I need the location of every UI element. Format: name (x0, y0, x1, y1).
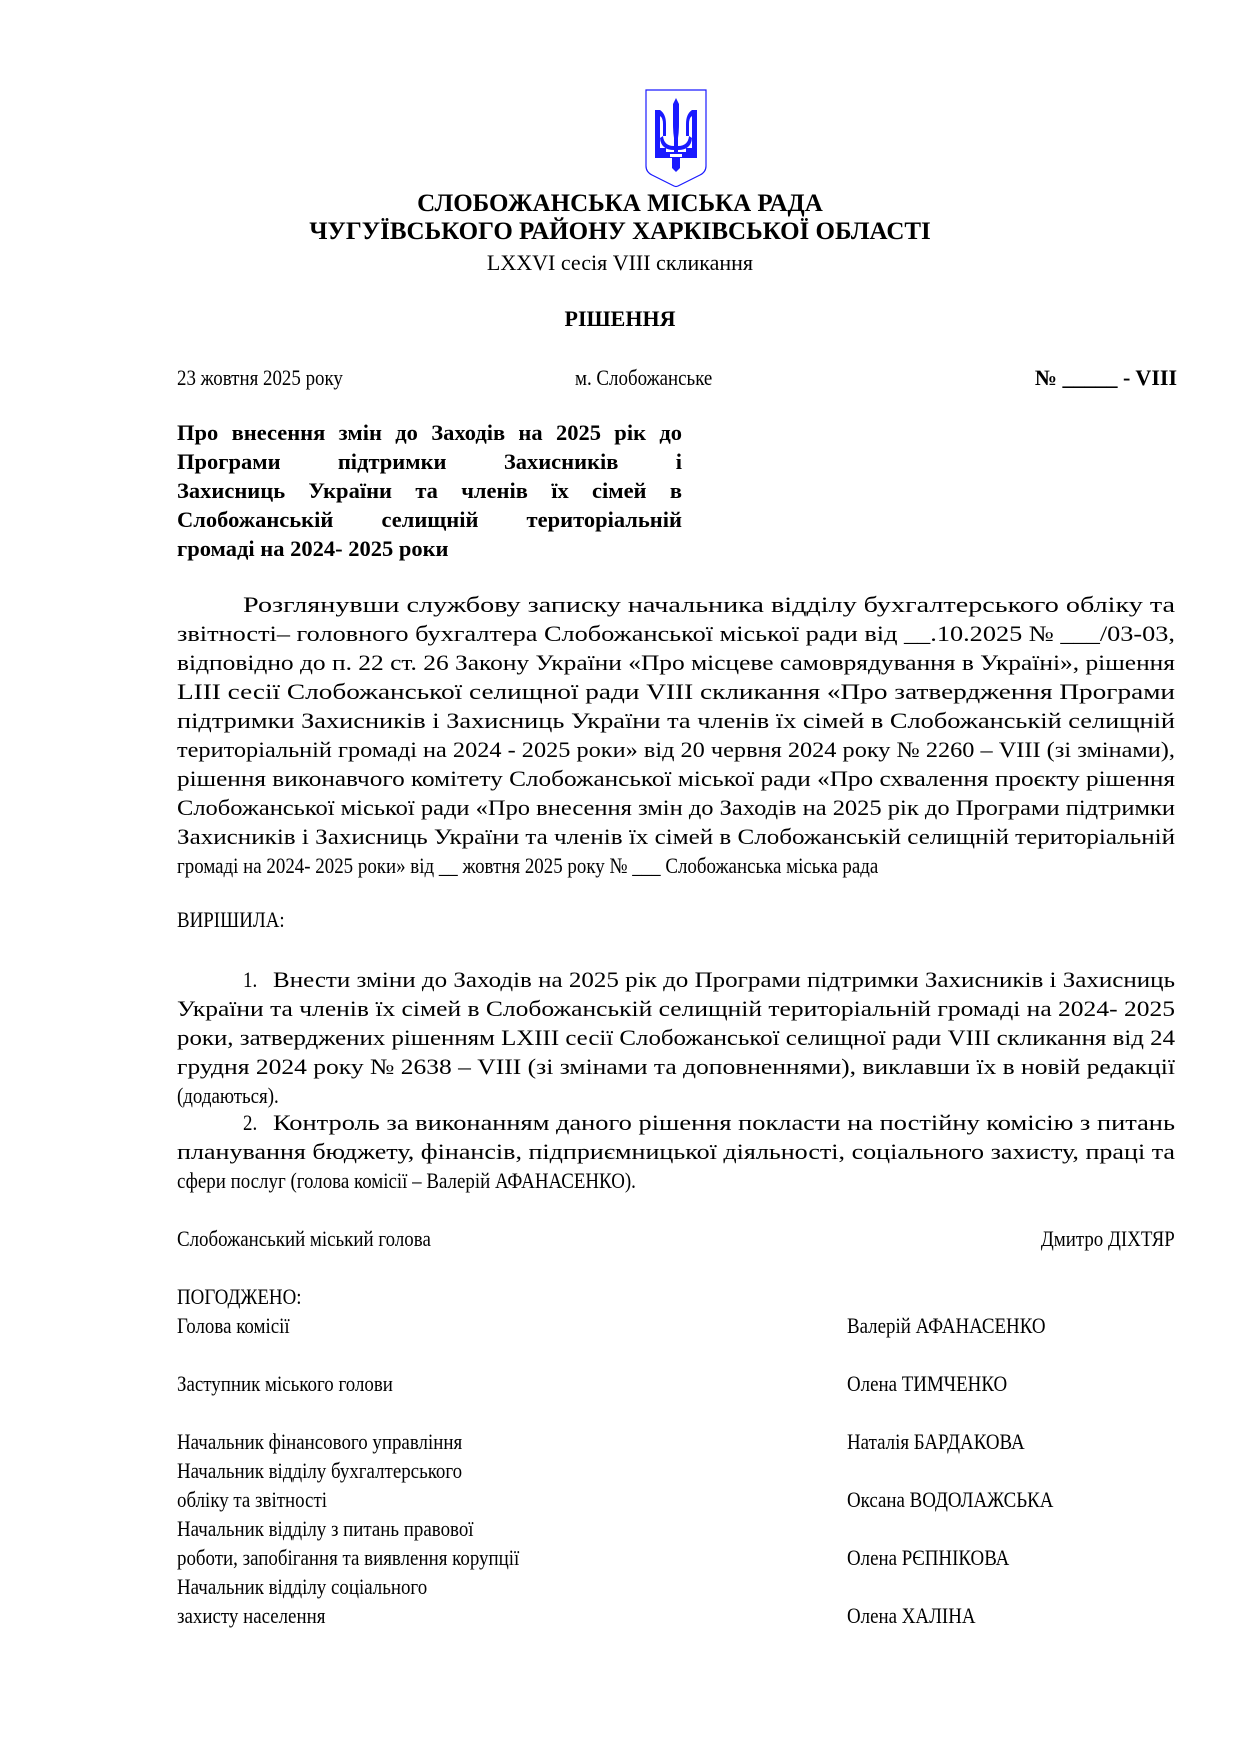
item-line: роки, затверджених рішенням LXIII сесії … (177, 1023, 1175, 1052)
item-number: 1. (243, 965, 257, 994)
district-name: ЧУГУЇВСЬКОГО РАЙОНУ ХАРКІВСЬКОЇ ОБЛАСТІ (0, 217, 1240, 247)
item-number: 2. (243, 1108, 257, 1137)
approver-role: Начальник відділу соціального (177, 1572, 427, 1601)
approver-role: Начальник фінансового управління (177, 1427, 462, 1456)
preamble-line: рішення виконавчого комітету Слобожанськ… (177, 764, 1175, 793)
preamble-line: LIII сесії Слобожанської селищної ради V… (177, 677, 1175, 706)
approvals-block: ПОГОДЖЕНО: Голова комісії Валерій АФАНАС… (177, 1282, 1175, 1630)
approver-role: роботи, запобігання та виявлення корупці… (177, 1543, 519, 1572)
subject-line: Програми підтримки Захисників і (177, 447, 682, 476)
approval-row: Голова комісії Валерій АФАНАСЕНКО (177, 1311, 1175, 1340)
approver-role: захисту населення (177, 1601, 325, 1630)
approval-row-role-line1: Начальник відділу з питань правової (177, 1514, 1175, 1543)
document-type-title: РІШЕННЯ (0, 304, 1240, 334)
session-line: LXXVI сесія VIII скликання (0, 248, 1240, 278)
preamble-line: Захисників і Захисниць України та членів… (177, 822, 1175, 851)
approval-row-role-line1: Начальник відділу соціального (177, 1572, 1175, 1601)
item-line: грудня 2024 року № 2638 – VIII (зі зміна… (177, 1052, 1175, 1081)
document-place: м. Слобожанське (575, 363, 712, 393)
mayor-signature-block: Слобожанський міський голова Дмитро ДІХТ… (177, 1224, 1175, 1253)
approver-name: Олена РЄПНІКОВА (847, 1543, 1009, 1572)
signer-role: Слобожанський міський голова (177, 1224, 431, 1253)
approval-row: Начальник фінансового управління Наталія… (177, 1427, 1175, 1456)
document-number: № _____ - VIII (1035, 363, 1177, 393)
approval-row: захисту населення Олена ХАЛІНА (177, 1601, 1175, 1630)
preamble-line: Слобожанської міської ради «Про внесення… (177, 793, 1175, 822)
approver-name: Олена ХАЛІНА (847, 1601, 976, 1630)
document-meta-row: 23 жовтня 2025 року м. Слобожанське № __… (177, 363, 1177, 393)
approval-row: роботи, запобігання та виявлення корупці… (177, 1543, 1175, 1572)
preamble-line: Розглянувши службову записку начальника … (177, 590, 1175, 619)
approval-row: Заступник міського голови Олена ТИМЧЕНКО (177, 1369, 1175, 1398)
subject-line: громаді на 2024- 2025 роки (177, 534, 682, 563)
council-name: СЛОБОЖАНСЬКА МІСЬКА РАДА (0, 189, 1240, 219)
subject-line: Захисниць України та членів їх сімей в (177, 476, 682, 505)
approvals-heading: ПОГОДЖЕНО: (177, 1282, 302, 1311)
preamble-line: відповідно до п. 22 ст. 26 Закону Україн… (177, 648, 1175, 677)
decision-item-1: 1.Внести зміни до Заходів на 2025 рік до… (177, 965, 1175, 1110)
approver-role: обліку та звітності (177, 1485, 327, 1514)
approval-row: обліку та звітності Оксана ВОДОЛАЖСЬКА (177, 1485, 1175, 1514)
preamble-line: громаді на 2024- 2025 роки» від __ жовтн… (177, 851, 1175, 880)
approver-name: Валерій АФАНАСЕНКО (847, 1311, 1046, 1340)
preamble-line: підтримки Захисників і Захисниць України… (177, 706, 1175, 735)
decision-subject: Про внесення змін до Заходів на 2025 рік… (177, 418, 682, 563)
document-page: СЛОБОЖАНСЬКА МІСЬКА РАДА ЧУГУЇВСЬКОГО РА… (0, 0, 1240, 1754)
item-line: сфери послуг (голова комісії – Валерій А… (177, 1166, 1175, 1195)
item-line: України та членів їх сімей в Слобожанськ… (177, 994, 1175, 1023)
approver-name: Олена ТИМЧЕНКО (847, 1369, 1007, 1398)
ukraine-coat-of-arms-icon (644, 88, 708, 188)
subject-line: Слобожанській селищній територіальній (177, 505, 682, 534)
approver-role: Голова комісії (177, 1311, 290, 1340)
approval-row-role-line1: Начальник відділу бухгалтерського (177, 1456, 1175, 1485)
signer-name: Дмитро ДІХТЯР (1019, 1224, 1175, 1253)
approver-role: Начальник відділу з питань правової (177, 1514, 474, 1543)
document-date: 23 жовтня 2025 року (177, 363, 343, 393)
approver-role: Заступник міського голови (177, 1369, 393, 1398)
approver-role: Начальник відділу бухгалтерського (177, 1456, 462, 1485)
item-line: планування бюджету, фінансів, підприємни… (177, 1137, 1175, 1166)
subject-line: Про внесення змін до Заходів на 2025 рік… (177, 418, 682, 447)
decision-item-2: 2.Контроль за виконанням даного рішення … (177, 1108, 1175, 1195)
item-line: 1.Внести зміни до Заходів на 2025 рік до… (177, 965, 1175, 994)
item-line: 2.Контроль за виконанням даного рішення … (177, 1108, 1175, 1137)
preamble-line: звітності– головного бухгалтера Слобожан… (177, 619, 1175, 648)
preamble-paragraph: Розглянувши службову записку начальника … (177, 590, 1175, 880)
decided-heading: ВИРІШИЛА: (177, 905, 1175, 934)
approver-name: Оксана ВОДОЛАЖСЬКА (847, 1485, 1053, 1514)
item-line: (додаються). (177, 1081, 1175, 1110)
preamble-line: територіальній громаді на 2024 - 2025 ро… (177, 735, 1175, 764)
approver-name: Наталія БАРДАКОВА (847, 1427, 1025, 1456)
